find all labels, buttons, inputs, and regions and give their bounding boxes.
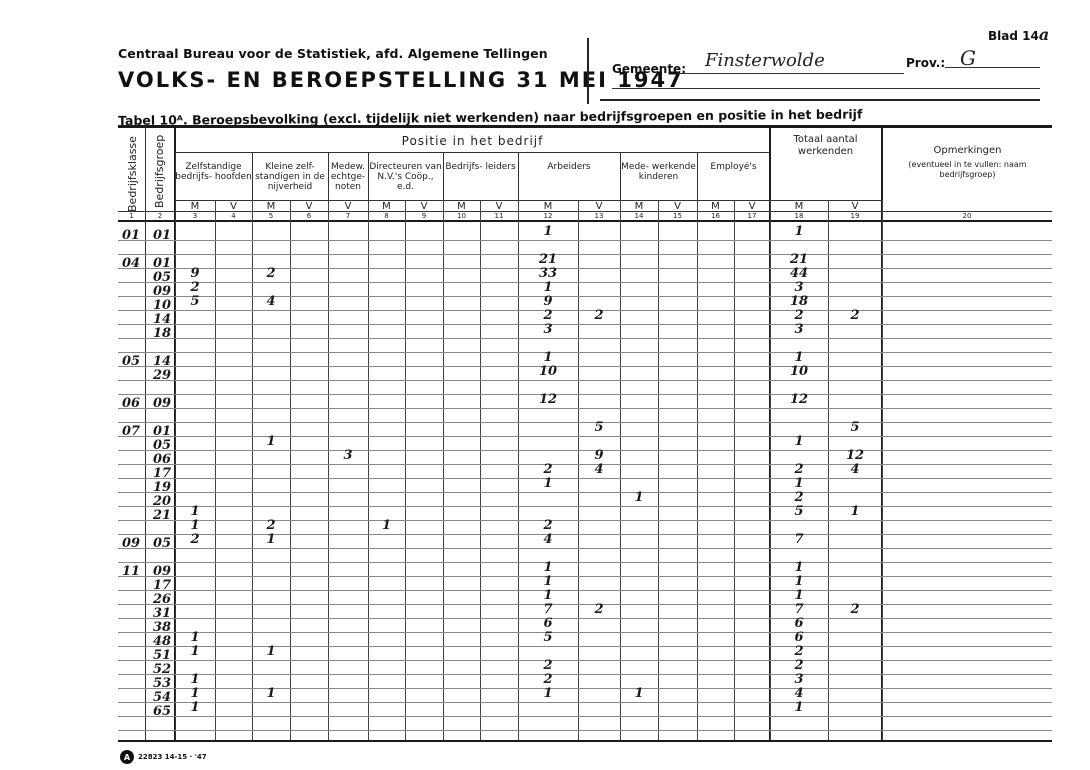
cell-value-col-18[interactable]: 2 xyxy=(770,658,828,673)
cell-value-col-13[interactable]: 2 xyxy=(578,602,620,617)
bedrijfsklasse-value: 11 xyxy=(122,564,140,579)
bedrijfsgroep-header: Bedrijfsgroep xyxy=(153,135,166,208)
cell-value-col-5[interactable]: 1 xyxy=(252,434,290,449)
column-number: 1 xyxy=(118,212,145,220)
cell-value-col-12[interactable]: 9 xyxy=(518,294,578,309)
cell-value-col-12[interactable]: 1 xyxy=(518,476,578,491)
cell-value-col-18[interactable]: 6 xyxy=(770,630,828,645)
cell-value-col-3[interactable]: 1 xyxy=(175,518,215,533)
table-top-rule xyxy=(118,125,1052,128)
bedrijfsgroep-value: 14 xyxy=(153,354,171,369)
group-header: Kleine zelf- standigen in de nijverheid xyxy=(252,162,328,192)
sex-label: M xyxy=(368,201,405,212)
row-line xyxy=(118,506,1052,507)
row-line xyxy=(118,282,1052,283)
cell-value-col-18[interactable]: 3 xyxy=(770,280,828,295)
column-number: 8 xyxy=(368,212,405,220)
cell-value-col-7[interactable]: 3 xyxy=(328,448,368,463)
sex-label: V xyxy=(328,201,368,212)
cell-value-col-12[interactable]: 33 xyxy=(518,266,578,281)
bedrijfsgroep-value: 09 xyxy=(153,284,171,299)
bedrijfsgroep-value: 31 xyxy=(153,606,171,621)
sex-label: V xyxy=(290,201,328,212)
cell-value-col-18[interactable]: 2 xyxy=(770,644,828,659)
bedrijfsgroep-value: 51 xyxy=(153,648,171,663)
row-line xyxy=(118,548,1052,549)
cell-value-col-18[interactable]: 12 xyxy=(770,392,828,407)
row-line xyxy=(118,240,1052,241)
bedrijfsgroep-value: 20 xyxy=(153,494,171,509)
header-rule xyxy=(612,88,1040,89)
bedrijfsgroep-value: 53 xyxy=(153,676,171,691)
cell-value-col-12[interactable]: 1 xyxy=(518,350,578,365)
cell-value-col-14[interactable]: 1 xyxy=(620,490,658,505)
bedrijfsklasse-value: 06 xyxy=(122,396,140,411)
bedrijfsgroep-value: 52 xyxy=(153,662,171,677)
row-line xyxy=(118,674,1052,675)
col-divider xyxy=(328,200,329,740)
cell-value-col-18[interactable]: 18 xyxy=(770,294,828,309)
sex-label: V xyxy=(828,201,882,212)
cell-value-col-18[interactable]: 10 xyxy=(770,364,828,379)
cell-value-col-18[interactable]: 2 xyxy=(770,308,828,323)
column-number: 13 xyxy=(578,212,620,220)
sex-label: V xyxy=(405,201,443,212)
cell-value-col-18[interactable]: 1 xyxy=(770,700,828,715)
bedrijfsgroep-value: 38 xyxy=(153,620,171,635)
bedrijfsklasse-value: 04 xyxy=(122,256,140,271)
cell-value-col-5[interactable]: 1 xyxy=(252,532,290,547)
column-number: 2 xyxy=(145,212,175,220)
bedrijfsklasse-header: Bedrijfsklasse xyxy=(126,136,139,212)
column-number: 14 xyxy=(620,212,658,220)
col-divider xyxy=(368,200,369,740)
row-line xyxy=(118,352,1052,353)
form-title: VOLKS- EN BEROEPSTELLING 31 MEI 1947 xyxy=(118,68,684,92)
gemeente-field-line xyxy=(678,73,904,74)
cell-value-col-18[interactable]: 4 xyxy=(770,686,828,701)
group-header: Employé's xyxy=(697,162,770,172)
prov-value[interactable]: G xyxy=(960,46,976,70)
cell-value-col-12[interactable]: 10 xyxy=(518,364,578,379)
group-header: Arbeiders xyxy=(518,162,620,172)
row-line xyxy=(118,618,1052,619)
sheet-label: Blad xyxy=(988,29,1018,43)
cell-value-col-12[interactable]: 4 xyxy=(518,532,578,547)
cell-value-col-3[interactable]: 1 xyxy=(175,630,215,645)
sheet-suffix: a xyxy=(1039,25,1049,44)
row-line xyxy=(118,660,1052,661)
cell-value-col-18[interactable]: 1 xyxy=(770,574,828,589)
cell-value-col-3[interactable]: 5 xyxy=(175,294,215,309)
sex-label: M xyxy=(697,201,734,212)
cell-value-col-13[interactable]: 4 xyxy=(578,462,620,477)
group-header: Mede- werkende kinderen xyxy=(620,162,697,182)
bedrijfsgroep-value: 48 xyxy=(153,634,171,649)
column-number: 6 xyxy=(290,212,328,220)
header-rule-thick xyxy=(600,99,1040,101)
cell-value-col-12[interactable]: 5 xyxy=(518,630,578,645)
group-header: Zelfstandige bedrijfs- hoofden xyxy=(175,162,252,182)
opmerkingen-header: Opmerkingen xyxy=(883,146,1052,156)
cell-value-col-12[interactable]: 1 xyxy=(518,560,578,575)
column-number: 4 xyxy=(215,212,252,220)
table-bottom-rule xyxy=(118,740,1052,742)
opmerkingen-subheader: (eventueel in te vullen: naam bedrijfsgr… xyxy=(893,160,1042,180)
column-number: 3 xyxy=(175,212,215,220)
bedrijfsgroep-value: 10 xyxy=(153,298,171,313)
cell-value-col-18[interactable]: 2 xyxy=(770,462,828,477)
column-number: 12 xyxy=(518,212,578,220)
cell-value-col-5[interactable]: 1 xyxy=(252,644,290,659)
bedrijfsgroep-value: 09 xyxy=(153,564,171,579)
row-line xyxy=(118,394,1052,395)
bedrijfsgroep-value: 26 xyxy=(153,592,171,607)
prov-label: Prov.: xyxy=(906,56,945,70)
cell-value-col-12[interactable]: 21 xyxy=(518,252,578,267)
col-divider xyxy=(620,200,621,740)
row-line xyxy=(118,408,1052,409)
cell-value-col-18[interactable]: 7 xyxy=(770,532,828,547)
cell-value-col-18[interactable]: 3 xyxy=(770,672,828,687)
cell-value-col-12[interactable]: 2 xyxy=(518,308,578,323)
cell-value-col-18[interactable]: 3 xyxy=(770,322,828,337)
cell-value-col-3[interactable]: 2 xyxy=(175,280,215,295)
column-number: 10 xyxy=(443,212,480,220)
cell-value-col-12[interactable]: 2 xyxy=(518,462,578,477)
form-code: 22823 14-15 · '47 xyxy=(138,753,207,761)
column-number: 5 xyxy=(252,212,290,220)
cell-value-col-12[interactable]: 3 xyxy=(518,322,578,337)
cell-value-col-13[interactable]: 2 xyxy=(578,308,620,323)
row-line xyxy=(118,730,1052,731)
header-bottom-rule xyxy=(118,220,1052,222)
bedrijfsklasse-value: 05 xyxy=(122,354,140,369)
bedrijfsgroep-value: 54 xyxy=(153,690,171,705)
row-line xyxy=(118,366,1052,367)
sex-label: V xyxy=(578,201,620,212)
row-line xyxy=(118,576,1052,577)
cell-value-col-12[interactable]: 2 xyxy=(518,658,578,673)
col-divider xyxy=(697,200,698,740)
sex-label: V xyxy=(215,201,252,212)
cell-value-col-3[interactable]: 9 xyxy=(175,266,215,281)
cell-value-col-18[interactable]: 1 xyxy=(770,476,828,491)
group-header: Medew. echtge- noten xyxy=(328,162,368,192)
totaal-header: Totaal aantal werkenden xyxy=(770,134,881,158)
cell-value-col-5[interactable]: 2 xyxy=(252,266,290,281)
col-divider xyxy=(882,200,883,740)
row-line xyxy=(118,324,1052,325)
bedrijfsgroep-value: 05 xyxy=(153,270,171,285)
bedrijfsgroep-value: 05 xyxy=(153,438,171,453)
bedrijfsklasse-value: 09 xyxy=(122,536,140,551)
cell-value-col-12[interactable]: 1 xyxy=(518,280,578,295)
bedrijfsklasse-value: 07 xyxy=(122,424,140,439)
row-line xyxy=(118,590,1052,591)
row-line xyxy=(118,380,1052,381)
gemeente-label: Gemeente: xyxy=(612,62,686,76)
row-line xyxy=(118,478,1052,479)
cell-value-col-3[interactable]: 1 xyxy=(175,672,215,687)
sex-label: M xyxy=(443,201,480,212)
bedrijfsgroep-value: 05 xyxy=(153,536,171,551)
column-number: 16 xyxy=(697,212,734,220)
cell-value-col-3[interactable]: 1 xyxy=(175,686,215,701)
col-divider xyxy=(290,200,291,740)
cell-value-col-18[interactable]: 1 xyxy=(770,350,828,365)
cell-value-col-12[interactable]: 2 xyxy=(518,672,578,687)
gemeente-value[interactable]: Finsterwolde xyxy=(705,50,825,71)
cell-value-col-18[interactable]: 2 xyxy=(770,490,828,505)
positie-header: Positie in het bedrijf xyxy=(176,136,769,146)
cell-value-col-13[interactable]: 9 xyxy=(578,448,620,463)
column-number: 19 xyxy=(828,212,882,220)
group-header: Directeuren van N.V.'s Coöp., e.d. xyxy=(368,162,443,192)
cell-value-col-13[interactable]: 5 xyxy=(578,420,620,435)
cell-value-col-12[interactable]: 1 xyxy=(518,224,578,239)
col-divider xyxy=(734,200,735,740)
cell-value-col-18[interactable]: 7 xyxy=(770,602,828,617)
row-line xyxy=(118,716,1052,717)
bedrijfsgroep-value: 06 xyxy=(153,452,171,467)
bedrijfsgroep-value: 14 xyxy=(153,312,171,327)
header-divider xyxy=(587,38,589,104)
row-line xyxy=(118,632,1052,633)
cell-value-col-5[interactable]: 1 xyxy=(252,686,290,701)
cell-value-col-18[interactable]: 5 xyxy=(770,504,828,519)
cell-value-col-3[interactable]: 1 xyxy=(175,504,215,519)
cell-value-col-18[interactable]: 1 xyxy=(770,588,828,603)
column-number: 15 xyxy=(658,212,697,220)
cell-value-col-3[interactable]: 1 xyxy=(175,700,215,715)
cell-value-col-3[interactable]: 2 xyxy=(175,532,215,547)
sex-label: M xyxy=(175,201,215,212)
cell-value-col-5[interactable]: 2 xyxy=(252,518,290,533)
sex-label: M xyxy=(518,201,578,212)
bedrijfsgroep-value: 21 xyxy=(153,508,171,523)
publisher-logo-icon: A xyxy=(120,750,134,764)
bedrijfsgroep-value: 19 xyxy=(153,480,171,495)
bedrijfsklasse-value: 01 xyxy=(122,228,140,243)
cell-value-col-12[interactable]: 1 xyxy=(518,686,578,701)
cell-value-col-18[interactable]: 6 xyxy=(770,616,828,631)
column-number: 20 xyxy=(882,212,1052,220)
column-number: 18 xyxy=(770,212,828,220)
positie-rule xyxy=(176,152,769,153)
col-divider xyxy=(215,200,216,740)
cell-value-col-19[interactable]: 2 xyxy=(828,308,882,323)
bedrijfsgroep-value: 09 xyxy=(153,396,171,411)
cell-value-col-5[interactable]: 4 xyxy=(252,294,290,309)
sex-label: V xyxy=(480,201,518,212)
bedrijfsgroep-value: 17 xyxy=(153,466,171,481)
col-divider xyxy=(405,200,406,740)
organization-line: Centraal Bureau voor de Statistiek, afd.… xyxy=(118,46,548,61)
sex-label: M xyxy=(620,201,658,212)
bedrijfsgroep-value: 65 xyxy=(153,704,171,719)
cell-value-col-18[interactable]: 1 xyxy=(770,224,828,239)
sex-label: V xyxy=(734,201,770,212)
col-divider xyxy=(658,200,659,740)
row-line xyxy=(118,702,1052,703)
column-number: 17 xyxy=(734,212,770,220)
bedrijfsgroep-value: 01 xyxy=(153,228,171,243)
cell-value-col-3[interactable]: 1 xyxy=(175,644,215,659)
row-line xyxy=(118,562,1052,563)
cell-value-col-18[interactable]: 44 xyxy=(770,266,828,281)
sheet-number-value: 14 xyxy=(1022,29,1039,43)
cell-value-col-19[interactable]: 1 xyxy=(828,504,882,519)
bedrijfsgroep-value: 01 xyxy=(153,424,171,439)
column-number: 9 xyxy=(405,212,443,220)
cell-value-col-19[interactable]: 12 xyxy=(828,448,882,463)
sheet-number: Blad 14a xyxy=(988,25,1049,44)
row-line xyxy=(118,492,1052,493)
group-header: Bedrijfs- leiders xyxy=(443,162,518,172)
cell-value-col-18[interactable]: 1 xyxy=(770,560,828,575)
col-divider xyxy=(252,200,253,740)
cell-value-col-19[interactable]: 2 xyxy=(828,602,882,617)
bedrijfsgroep-value: 01 xyxy=(153,256,171,271)
col-divider xyxy=(480,200,481,740)
cell-value-col-12[interactable]: 2 xyxy=(518,518,578,533)
cell-value-col-12[interactable]: 1 xyxy=(518,588,578,603)
bedrijfsgroep-value: 18 xyxy=(153,326,171,341)
cell-value-col-14[interactable]: 1 xyxy=(620,686,658,701)
bedrijfsgroep-value: 17 xyxy=(153,578,171,593)
cell-value-col-8[interactable]: 1 xyxy=(368,518,405,533)
column-number: 7 xyxy=(328,212,368,220)
sex-label: V xyxy=(658,201,697,212)
bedrijfsgroep-value: 29 xyxy=(153,368,171,383)
col-divider xyxy=(443,200,444,740)
sex-label: M xyxy=(252,201,290,212)
cell-value-col-12[interactable]: 7 xyxy=(518,602,578,617)
row-line xyxy=(118,254,1052,255)
sex-label: M xyxy=(770,201,828,212)
cell-value-col-19[interactable]: 4 xyxy=(828,462,882,477)
cell-value-col-12[interactable]: 1 xyxy=(518,574,578,589)
column-number: 11 xyxy=(480,212,518,220)
footer: A 22823 14-15 · '47 xyxy=(120,750,207,764)
row-line xyxy=(118,338,1052,339)
cell-value-col-18[interactable]: 1 xyxy=(770,434,828,449)
cell-value-col-18[interactable]: 21 xyxy=(770,252,828,267)
cell-value-col-12[interactable]: 6 xyxy=(518,616,578,631)
cell-value-col-12[interactable]: 12 xyxy=(518,392,578,407)
cell-value-col-19[interactable]: 5 xyxy=(828,420,882,435)
